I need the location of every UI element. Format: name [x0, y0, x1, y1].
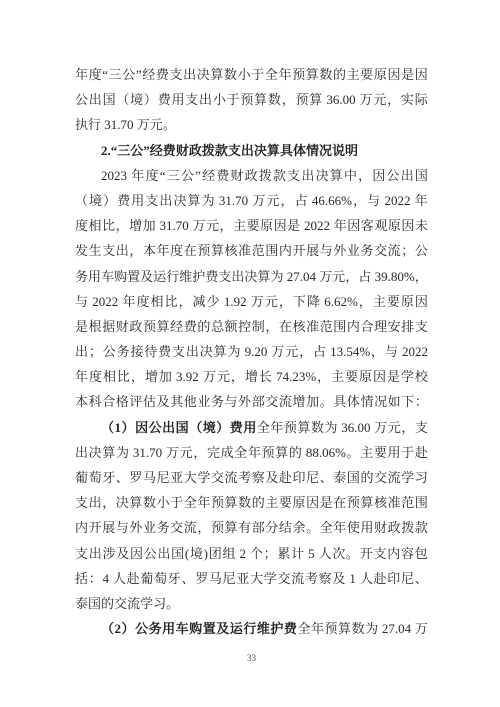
text-line: 本科合格评估及其他业务与外部交流增加。具体情况如下：: [75, 389, 428, 414]
text-line: 是根据财政预算经费的总额控制，在核准范围内合理安排支: [75, 314, 428, 339]
text-line: 泰国的交流学习。: [75, 591, 428, 616]
text-line: 年度相比，增加 3.92 万元，增长 74.23%，主要原因是学校: [75, 364, 428, 389]
text-line: 出决算为 31.70 万元，完成全年预算的 88.06%。主要用于赴: [75, 440, 428, 465]
text-line: 出；公务接待费支出决算为 9.20 万元，占 13.54%，与 2022: [75, 339, 428, 364]
text-line: （2）公务用车购置及运行维护费全年预算数为 27.04 万: [75, 616, 428, 641]
page-number: 33: [75, 652, 428, 664]
text-line: 括：4 人赴葡萄牙、罗马尼亚大学交流考察及 1 人赴印尼、: [75, 566, 428, 591]
text-line: 支出涉及因公出国(境)团组 2 个；累计 5 人次。开支内容包: [75, 541, 428, 566]
text-line: 度相比，增加 31.70 万元，主要原因是 2022 年因客观原因未: [75, 213, 428, 238]
text-line: 2023 年度“三公”经费财政拨款支出决算中，因公出国: [75, 163, 428, 188]
text-line: 内开展与外业务交流，预算有部分结余。全年使用财政拨款: [75, 515, 428, 540]
text-line: 2.“三公”经费财政拨款支出决算具体情况说明: [75, 138, 428, 163]
text-line: （1）因公出国（境）费用全年预算数为 36.00 万元，支: [75, 415, 428, 440]
text-line: 执行 31.70 万元。: [75, 112, 428, 137]
text-line: 公出国（境）费用支出小于预算数，预算 36.00 万元，实际: [75, 87, 428, 112]
document-body: 年度“三公”经费支出决算数小于全年预算数的主要原因是因公出国（境）费用支出小于预…: [75, 62, 428, 641]
text-line: 葡萄牙、罗马尼亚大学交流考察及赴印尼、泰国的交流学习: [75, 465, 428, 490]
document-page: 年度“三公”经费支出决算数小于全年预算数的主要原因是因公出国（境）费用支出小于预…: [0, 0, 500, 707]
text-line: （境）费用支出决算为 31.70 万元，占 46.66%，与 2022 年: [75, 188, 428, 213]
text-line: 年度“三公”经费支出决算数小于全年预算数的主要原因是因: [75, 62, 428, 87]
text-line: 务用车购置及运行维护费支出决算为 27.04 万元，占 39.80%，: [75, 264, 428, 289]
text-line: 与 2022 年度相比，减少 1.92 万元，下降 6.62%，主要原因: [75, 289, 428, 314]
text-line: 发生支出，本年度在预算核准范围内开展与外业务交流；公: [75, 238, 428, 263]
text-line: 支出，决算数小于全年预算数的主要原因是在预算核准范围: [75, 490, 428, 515]
